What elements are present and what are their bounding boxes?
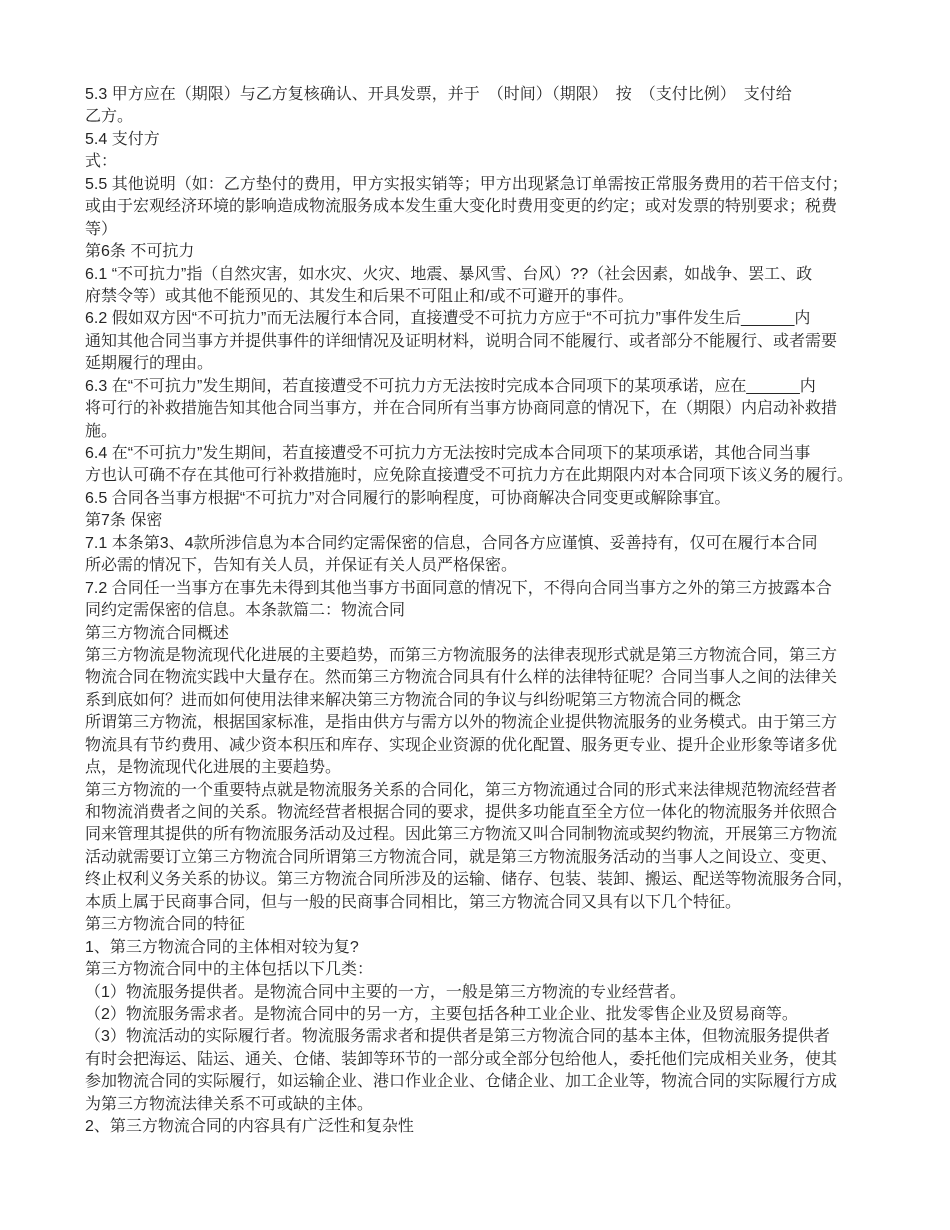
text-line: 6.2 假如双方因“不可抗力”而无法履行本合同，直接遭受不可抗力方应于“不可抗力… <box>85 308 877 330</box>
text-line: 方也认可确不存在其他可行补救措施时，应免除直接遭受不可抗力方在此期限内对本合同项… <box>85 465 877 487</box>
text-line: 第三方物流合同中的主体包括以下几类： <box>85 959 877 981</box>
text-line: 府禁令等）或其他不能预见的、其发生和后果不可阻止和/或不可避开的事件。 <box>85 286 877 308</box>
page: { "document": { "background": "#ffffff",… <box>0 0 950 1230</box>
text-line: 为第三方物流法律关系不可或缺的主体。 <box>85 1094 877 1116</box>
text-line: 本质上属于民商事合同，但与一般的民商事合同相比，第三方物流合同又具有以下几个特征… <box>85 892 877 914</box>
text-line: 施。 <box>85 421 877 443</box>
text-line: 第6条 不可抗力 <box>85 241 877 263</box>
text-line: 5.4 支付方 <box>85 129 877 151</box>
text-line: 同约定需保密的信息。本条款篇二：物流合同 <box>85 600 877 622</box>
text-line: 有时会把海运、陆运、通关、仓储、装卸等环节的一部分或全部分包给他人，委托他们完成… <box>85 1049 877 1071</box>
text-line: 1、第三方物流合同的主体相对较为复? <box>85 937 877 959</box>
text-line: 6.1 “不可抗力”指（自然灾害，如水灾、火灾、地震、暴风雪、台风）??（社会因… <box>85 264 877 286</box>
text-line: 7.1 本条第3、4款所涉信息为本合同约定需保密的信息，合同各方应谨慎、妥善持有… <box>85 533 877 555</box>
text-line: 第7条 保密 <box>85 510 877 532</box>
text-line: 式： <box>85 151 877 173</box>
text-line: 5.5 其他说明（如：乙方垫付的费用，甲方实报实销等；甲方出现紧急订单需按正常服… <box>85 174 877 196</box>
text-line: 通知其他合同当事方并提供事件的详细情况及证明材料，说明合同不能履行、或者部分不能… <box>85 331 877 353</box>
text-line: 将可行的补救措施告知其他合同当事方，并在合同所有当事方协商同意的情况下，在（期限… <box>85 398 877 420</box>
text-line: 终止权利义务关系的协议。第三方物流合同所涉及的运输、储存、包装、装卸、搬运、配送… <box>85 869 877 891</box>
text-line: 2、第三方物流合同的内容具有广泛性和复杂性 <box>85 1116 877 1138</box>
text-line: 所谓第三方物流，根据国家标准，是指由供方与需方以外的物流企业提供物流服务的业务模… <box>85 712 877 734</box>
text-line: 点，是物流现代化进展的主要趋势。 <box>85 757 877 779</box>
text-line: 7.2 合同任一当事方在事先未得到其他当事方书面同意的情况下，不得向合同当事方之… <box>85 578 877 600</box>
document-body: 5.3 甲方应在（期限）与乙方复核确认、开具发票，并于 （时间）（期限） 按 （… <box>85 84 877 1139</box>
text-line: （3）物流活动的实际履行者。物流服务需求者和提供者是第三方物流合同的基本主体，但… <box>85 1026 877 1048</box>
text-line: 5.3 甲方应在（期限）与乙方复核确认、开具发票，并于 （时间）（期限） 按 （… <box>85 84 877 106</box>
text-line: 第三方物流合同概述 <box>85 623 877 645</box>
text-line: 乙方。 <box>85 106 877 128</box>
text-line: 6.5 合同各当事方根据“不可抗力”对合同履行的影响程度，可协商解决合同变更或解… <box>85 488 877 510</box>
text-line: （2）物流服务需求者。是物流合同中的另一方，主要包括各种工业企业、批发零售企业及… <box>85 1004 877 1026</box>
text-line: 所必需的情况下，告知有关人员，并保证有关人员严格保密。 <box>85 555 877 577</box>
text-line: 物流合同在物流实践中大量存在。然而第三方物流合同具有什么样的法律特征呢？合同当事… <box>85 667 877 689</box>
text-line: 第三方物流合同的特征 <box>85 914 877 936</box>
text-line: 6.4 在“不可抗力”发生期间，若直接遭受不可抗力方无法按时完成本合同项下的某项… <box>85 443 877 465</box>
text-line: 或由于宏观经济环境的影响造成物流服务成本发生重大变化时费用变更的约定；或对发票的… <box>85 196 877 218</box>
text-line: 活动就需要订立第三方物流合同所谓第三方物流合同，就是第三方物流服务活动的当事人之… <box>85 847 877 869</box>
text-line: （1）物流服务提供者。是物流合同中主要的一方，一般是第三方物流的专业经营者。 <box>85 982 877 1004</box>
text-line: 参加物流合同的实际履行，如运输企业、港口作业企业、仓储企业、加工企业等，物流合同… <box>85 1071 877 1093</box>
text-line: 系到底如何？进而如何使用法律来解决第三方物流合同的争议与纠纷呢第三方物流合同的概… <box>85 690 877 712</box>
text-line: 和物流消费者之间的关系。物流经营者根据合同的要求，提供多功能直至全方位一体化的物… <box>85 802 877 824</box>
text-line: 第三方物流是物流现代化进展的主要趋势，而第三方物流服务的法律表现形式就是第三方物… <box>85 645 877 667</box>
text-line: 第三方物流的一个重要特点就是物流服务关系的合同化，第三方物流通过合同的形式来法律… <box>85 780 877 802</box>
text-line: 6.3 在“不可抗力”发生期间，若直接遭受不可抗力方无法按时完成本合同项下的某项… <box>85 376 877 398</box>
text-line: 同来管理其提供的所有物流服务活动及过程。因此第三方物流又叫合同制物流或契约物流，… <box>85 824 877 846</box>
text-line: 物流具有节约费用、减少资本积压和库存、实现企业资源的优化配置、服务更专业、提升企… <box>85 735 877 757</box>
text-line: 等） <box>85 219 877 241</box>
text-line: 延期履行的理由。 <box>85 353 877 375</box>
